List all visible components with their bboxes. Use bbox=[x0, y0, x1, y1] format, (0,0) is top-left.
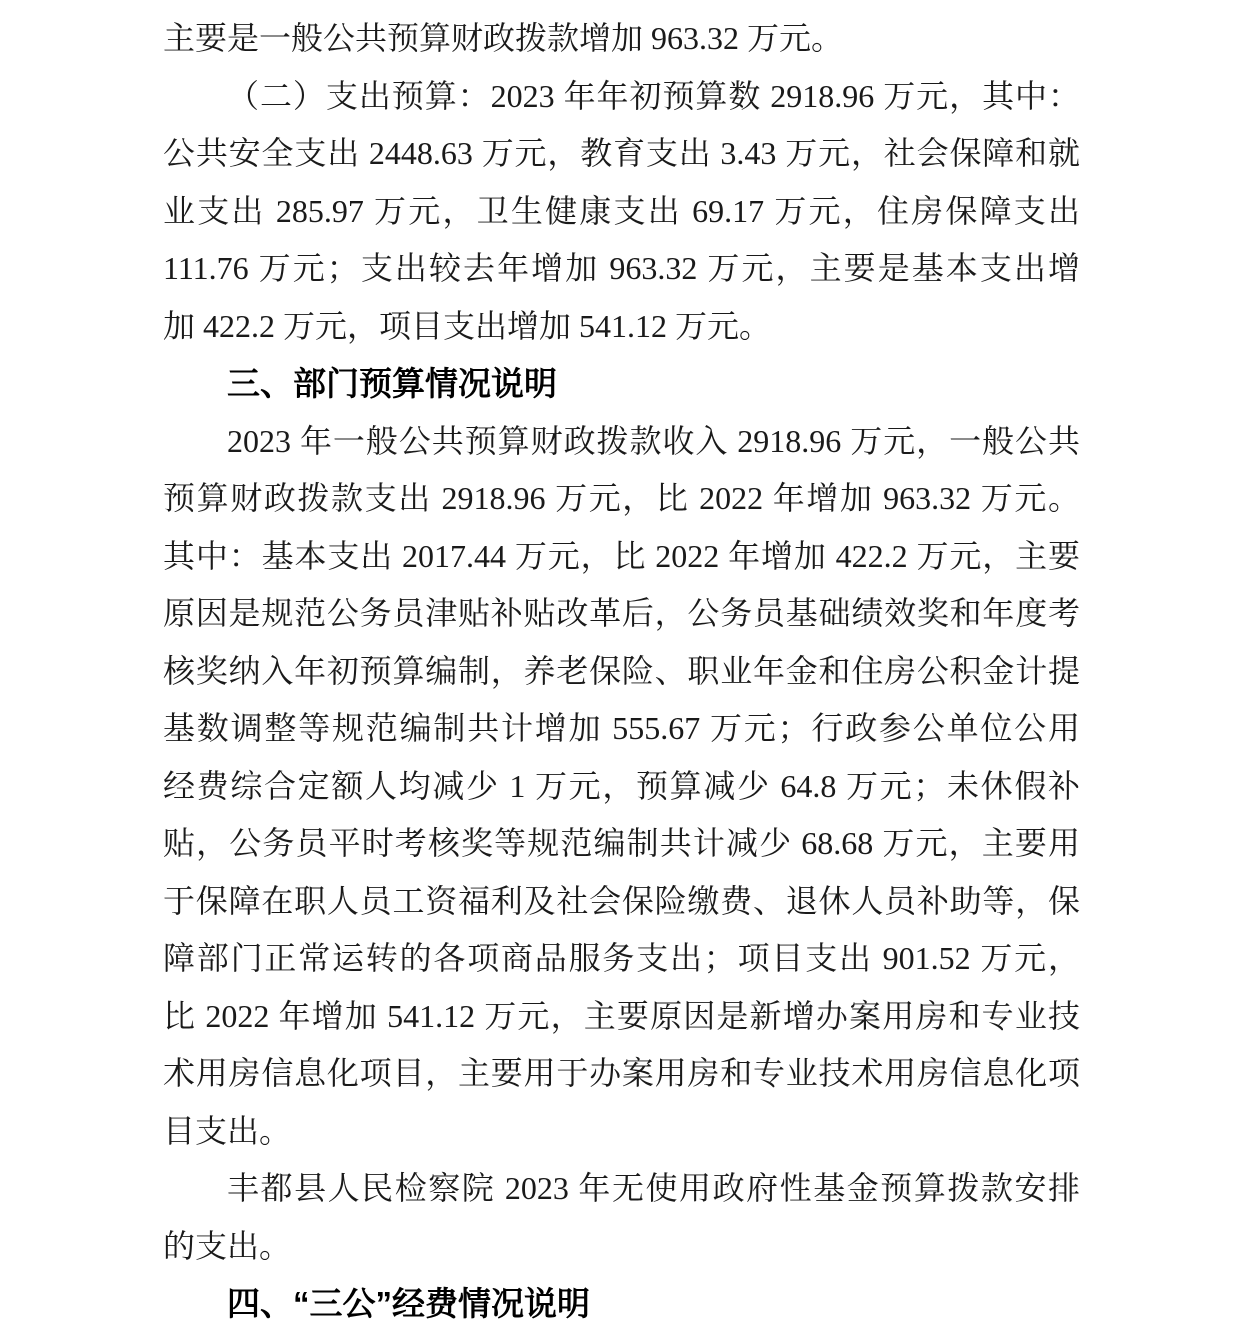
body-line: 111.76 万元；支出较去年增加 963.32 万元，主要是基本支出增 bbox=[163, 240, 1080, 298]
body-line: 基数调整等规范编制共计增加 555.67 万元；行政参公单位公用 bbox=[163, 700, 1080, 758]
body-line: 的支出。 bbox=[163, 1218, 1080, 1276]
body-line: 目支出。 bbox=[163, 1103, 1080, 1161]
body-line: 原因是规范公务员津贴补贴改革后，公务员基础绩效奖和年度考 bbox=[163, 585, 1080, 643]
body-line: 业支出 285.97 万元，卫生健康支出 69.17 万元，住房保障支出 bbox=[163, 183, 1080, 241]
document-page: 主要是一般公共预算财政拨款增加 963.32 万元。（二）支出预算：2023 年… bbox=[0, 0, 1241, 1340]
body-line: 预算财政拨款支出 2918.96 万元，比 2022 年增加 963.32 万元… bbox=[163, 470, 1080, 528]
body-line: 比 2022 年增加 541.12 万元，主要原因是新增办案用房和专业技 bbox=[163, 988, 1080, 1046]
body-line: （二）支出预算：2023 年年初预算数 2918.96 万元，其中： bbox=[163, 68, 1080, 126]
body-line: 2023 年一般公共预算财政拨款收入 2918.96 万元，一般公共 bbox=[163, 413, 1080, 471]
body-line: 其中：基本支出 2017.44 万元，比 2022 年增加 422.2 万元，主… bbox=[163, 528, 1080, 586]
body-line: 术用房信息化项目，主要用于办案用房和专业技术用房信息化项 bbox=[163, 1045, 1080, 1103]
body-line: 加 422.2 万元，项目支出增加 541.12 万元。 bbox=[163, 298, 1080, 356]
body-line: 于保障在职人员工资福利及社会保险缴费、退休人员补助等，保 bbox=[163, 873, 1080, 931]
body-line: 贴，公务员平时考核奖等规范编制共计减少 68.68 万元，主要用 bbox=[163, 815, 1080, 873]
body-line: 丰都县人民检察院 2023 年无使用政府性基金预算拨款安排 bbox=[163, 1160, 1080, 1218]
body-line: 障部门正常运转的各项商品服务支出；项目支出 901.52 万元， bbox=[163, 930, 1080, 988]
heading-line: 四、“三公”经费情况说明 bbox=[163, 1275, 1080, 1333]
body-line: 核奖纳入年初预算编制，养老保险、职业年金和住房公积金计提 bbox=[163, 643, 1080, 701]
body-line: 公共安全支出 2448.63 万元，教育支出 3.43 万元，社会保障和就 bbox=[163, 125, 1080, 183]
heading-line: 三、部门预算情况说明 bbox=[163, 355, 1080, 413]
body-line: 主要是一般公共预算财政拨款增加 963.32 万元。 bbox=[163, 10, 1080, 68]
body-line: 经费综合定额人均减少 1 万元，预算减少 64.8 万元；未休假补 bbox=[163, 758, 1080, 816]
